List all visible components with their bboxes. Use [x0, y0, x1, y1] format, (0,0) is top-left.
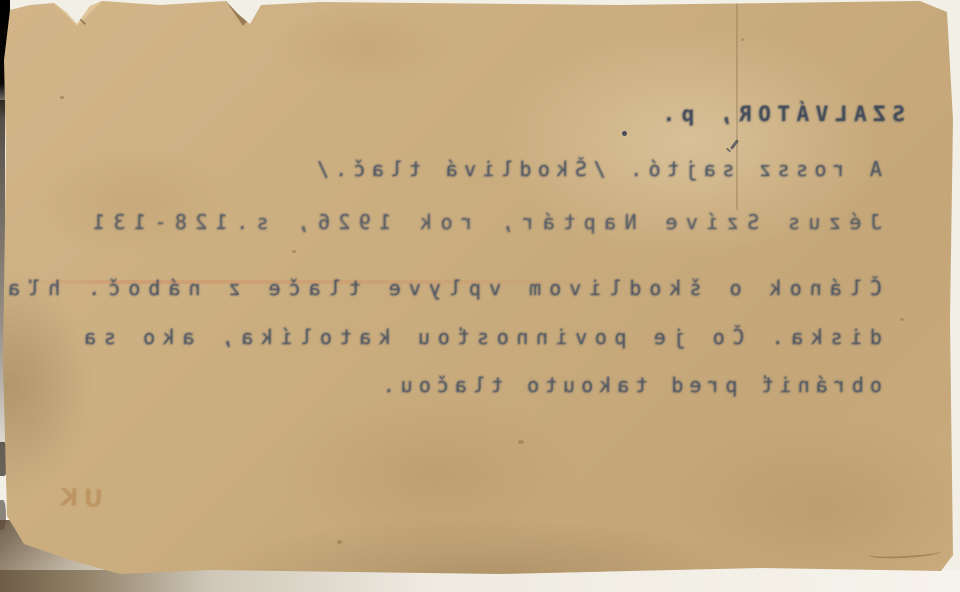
- index-card-paper: SZALVÁTOR, p. A rossz sajtó. /Škodlivá t…: [0, 0, 960, 592]
- scanned-card-image: SZALVÁTOR, p. A rossz sajtó. /Škodlivá t…: [0, 0, 960, 592]
- annotation-line: obrániť pred takouto tlačou.: [377, 375, 882, 395]
- annotation-line: Článok o škodlivom vplyve tlače z náboč.…: [0, 278, 882, 298]
- card-heading: SZALVÁTOR, p.: [656, 104, 905, 125]
- mirrored-text-layer: SZALVÁTOR, p. A rossz sajtó. /Škodlivá t…: [0, 0, 960, 592]
- library-stamp: UK: [54, 483, 103, 513]
- card-title: A rossz sajtó. /Škodlivá tlač./: [310, 159, 882, 179]
- card-source-line: Jézus Szíve Naptár, rok 1926, s.128-131: [85, 212, 882, 232]
- annotation-line: diska. Čo je povinnosťou katolíka, ako s…: [77, 327, 882, 347]
